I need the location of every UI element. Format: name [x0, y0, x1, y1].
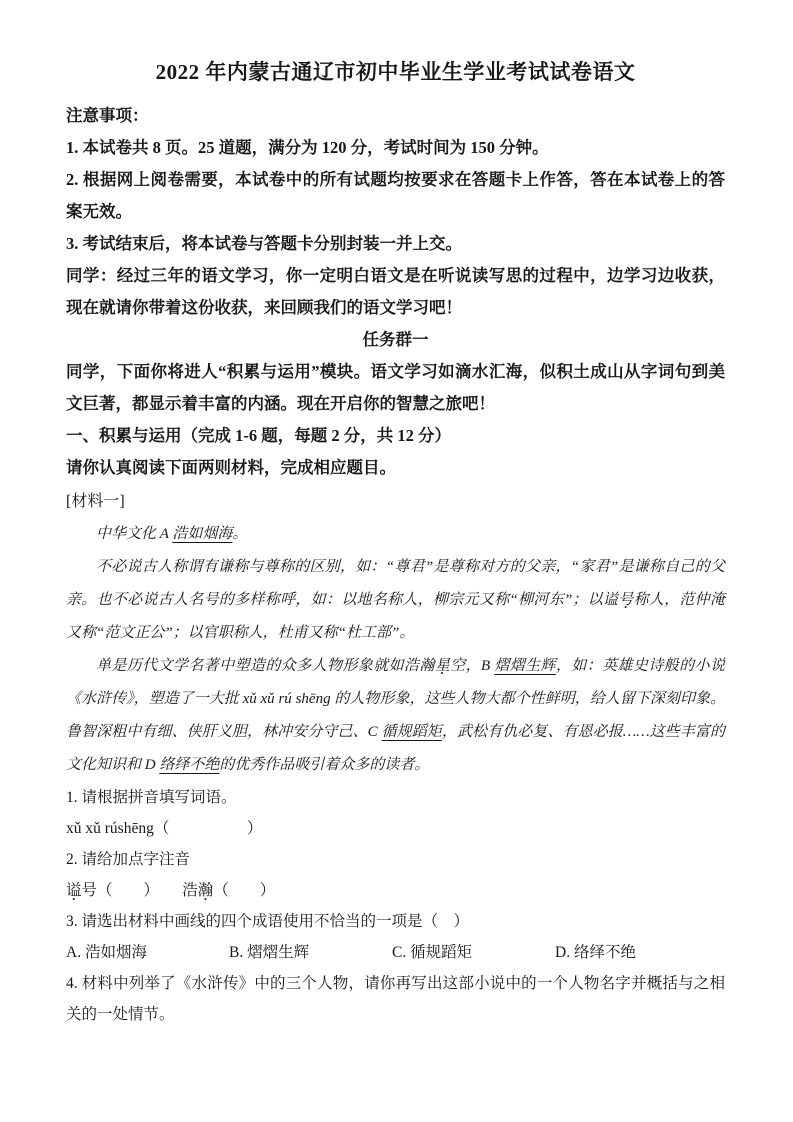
student-greeting: 同学：经过三年的语文学习，你一定明白语文是在听说读写思的过程中，边学习边收获，现… — [66, 260, 725, 324]
underlined-idiom-c: 循规蹈矩 — [382, 724, 442, 740]
option-d: D. 络绎不绝 — [555, 937, 718, 968]
text-segment: 单是历代文学名著中塑造的众多人物形象就如浩 — [96, 658, 419, 674]
question-1-answer-line: xǔ xǔ rúshēng（ ） — [66, 813, 725, 844]
text-segment: 中华文化 A — [96, 526, 172, 542]
text-segment: 。 — [232, 526, 247, 542]
page-title: 2022 年内蒙古通辽市初中毕业生学业考试试卷语文 — [66, 56, 725, 86]
notice-item-1: 1. 本试卷共 8 页。25 道题，满分为 120 分，考试时间为 150 分钟… — [66, 132, 725, 164]
question-3: 3. 请选出材料中画线的四个成语使用不恰当的一项是（ ） — [66, 906, 725, 937]
task-group-intro: 同学，下面你将进人“积累与运用”模块。语文学习如滴水汇海，似积土成山从字词句到美… — [66, 356, 725, 420]
dotted-character-han: 瀚 — [419, 658, 434, 674]
dotted-character-shi: 谥 — [603, 592, 618, 608]
question-2: 2. 请给加点字注音 — [66, 844, 725, 875]
exam-paper-page: 2022 年内蒙古通辽市初中毕业生学业考试试卷语文 注意事项： 1. 本试卷共 … — [0, 0, 793, 1122]
question-3-options: A. 浩如烟海 B. 熠熠生辉 C. 循规蹈矩 D. 络绎不绝 — [66, 937, 725, 968]
questions-section: 1. 请根据拼音填写词语。 xǔ xǔ rúshēng（ ） 2. 请给加点字注… — [66, 782, 725, 1030]
underlined-idiom-a: 浩如烟海 — [172, 526, 232, 542]
notice-item-2: 2. 根据网上阅卷需要，本试卷中的所有试题均按要求在答题卡上作答，答在本试卷上的… — [66, 164, 725, 228]
text-segment: 星空，B — [435, 658, 495, 674]
section-one-note: 请你认真阅读下面两则材料，完成相应题目。 — [66, 452, 725, 484]
material-paragraph-1: 中华文化 A 浩如烟海。 — [66, 518, 725, 551]
material-paragraph-2: 不必说古人称谓有谦称与尊称的区别，如：“尊君”是尊称对方的父亲，“家君”是谦称自… — [66, 551, 725, 650]
question-2-answer-line: 谥号（ ） 浩瀚（ ） — [66, 875, 725, 906]
option-a: A. 浩如烟海 — [66, 937, 229, 968]
material-one-label: [材料一] — [66, 486, 725, 518]
material-paragraph-3: 单是历代文学名著中塑造的众多人物形象就如浩瀚星空，B 熠熠生辉，如：英雄史诗般的… — [66, 650, 725, 782]
text-segment: （ ） — [213, 882, 275, 899]
notice-section: 注意事项： 1. 本试卷共 8 页。25 道题，满分为 120 分，考试时间为 … — [66, 100, 725, 260]
notice-item-3: 3. 考试结束后，将本试卷与答题卡分别封装一并上交。 — [66, 228, 725, 260]
option-b: B. 熠熠生辉 — [229, 937, 392, 968]
dotted-character-han: 瀚 — [198, 882, 214, 899]
underlined-idiom-b: 熠熠生辉 — [494, 658, 556, 674]
question-1: 1. 请根据拼音填写词语。 — [66, 782, 725, 813]
question-4: 4. 材料中列举了《水浒传》中的三个人物，请你再写出这部小说中的一个人物名字并概… — [66, 968, 725, 1030]
text-segment: 的优秀作品吸引着众多的读者。 — [219, 757, 429, 773]
notice-heading: 注意事项： — [66, 100, 725, 132]
section-one-heading: 一、积累与运用（完成 1-6 题，每题 2 分，共 12 分） — [66, 420, 725, 452]
material-one-body: 中华文化 A 浩如烟海。 不必说古人称谓有谦称与尊称的区别，如：“尊君”是尊称对… — [66, 518, 725, 782]
option-c: C. 循规蹈矩 — [392, 937, 555, 968]
task-group-heading: 任务群一 — [66, 324, 725, 356]
text-segment: 号（ ） 浩 — [82, 882, 198, 899]
underlined-idiom-d: 络绎不绝 — [159, 757, 219, 773]
dotted-character-shi: 谥 — [66, 882, 82, 899]
